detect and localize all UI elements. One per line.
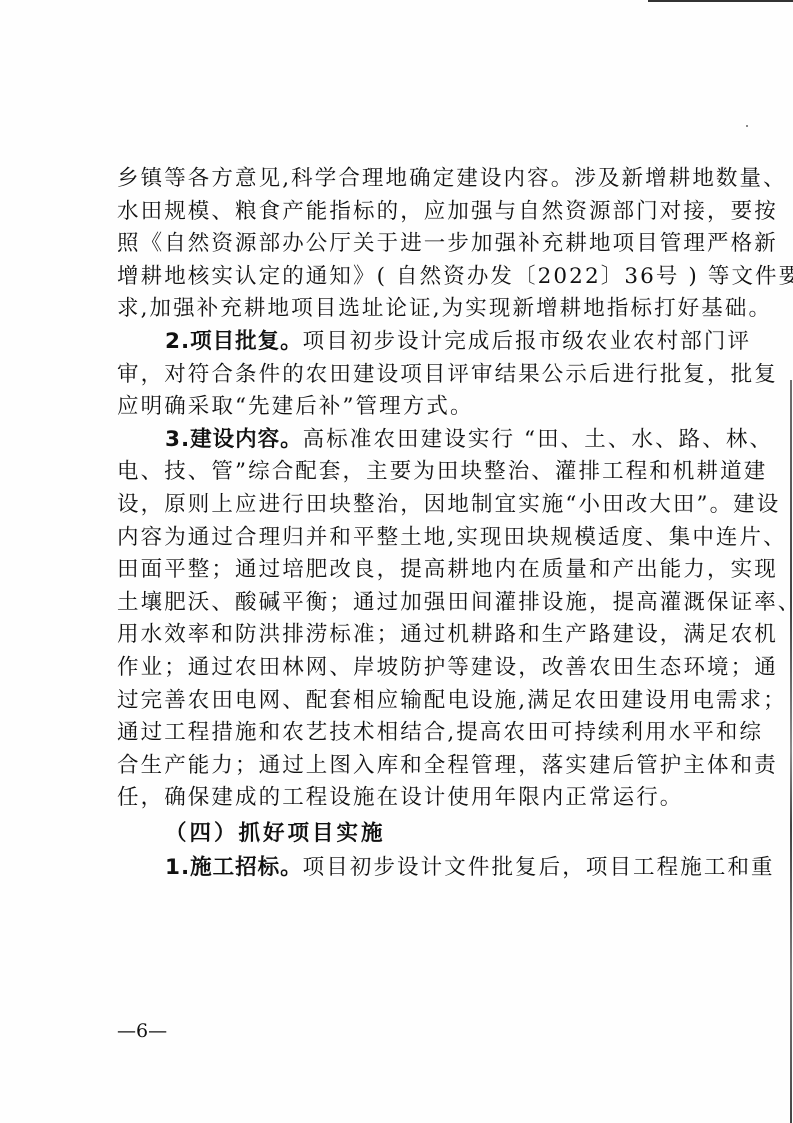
text-line: 增耕地核实认定的通知》( 自然资办发〔2022〕36号 ) 等文件要 xyxy=(117,261,707,294)
text-line: 乡镇等各方意见,科学合理地确定建设内容。涉及新增耕地数量、 xyxy=(117,163,707,196)
text-line: 3.建设内容。高标准农田建设实行 “田、土、水、路、林、 xyxy=(117,424,707,457)
text-line: 田面平整；通过培肥改良，提高耕地内在质量和产出能力，实现 xyxy=(117,554,707,587)
text-line: 水田规模、粮食产能指标的，应加强与自然资源部门对接，要按 xyxy=(117,196,707,229)
paragraph-heading: 3.建设内容。 xyxy=(165,427,303,452)
document-body: 乡镇等各方意见,科学合理地确定建设内容。涉及新增耕地数量、 水田规模、粮食产能指… xyxy=(117,163,707,884)
scan-edge-artifact-right xyxy=(790,380,792,1123)
paragraph-text: 项目初步设计完成后报市级农业农村部门评 xyxy=(303,329,751,354)
text-line: 审，对符合条件的农田建设项目评审结果公示后进行批复，批复 xyxy=(117,359,707,392)
paragraph-heading: 2.项目批复。 xyxy=(165,329,303,354)
text-line: 1.施工招标。项目初步设计文件批复后，项目工程施工和重 xyxy=(117,852,707,885)
paragraph-heading: 1.施工招标。 xyxy=(165,855,303,880)
text-line: 应明确采取“先建后补”管理方式。 xyxy=(117,391,707,424)
paragraph-construction-bidding: 1.施工招标。项目初步设计文件批复后，项目工程施工和重 xyxy=(117,852,707,885)
text-line: 内容为通过合理归并和平整土地,实现田块规模适度、集中连片、 xyxy=(117,522,707,555)
paragraph-text: 高标准农田建设实行 “田、土、水、路、林、 xyxy=(303,427,773,452)
page-number: —6— xyxy=(117,1020,167,1042)
text-line: 2.项目批复。项目初步设计完成后报市级农业农村部门评 xyxy=(117,326,707,359)
scan-speck xyxy=(746,125,748,127)
text-line: 任，确保建成的工程设施在设计使用年限内正常运行。 xyxy=(117,782,707,815)
text-line: 作业；通过农田林网、岸坡防护等建设，改善农田生态环境；通 xyxy=(117,652,707,685)
paragraph-text: 项目初步设计文件批复后，项目工程施工和重 xyxy=(303,855,775,880)
paragraph-project-approval: 2.项目批复。项目初步设计完成后报市级农业农村部门评 审，对符合条件的农田建设项… xyxy=(117,326,707,424)
text-line: 土壤肥沃、酸碱平衡；通过加强田间灌排设施，提高灌溉保证率、 xyxy=(117,587,707,620)
text-line: 通过工程措施和农艺技术相结合,提高农田可持续利用水平和综 xyxy=(117,717,707,750)
text-line: 照《自然资源部办公厅关于进一步加强补充耕地项目管理严格新 xyxy=(117,228,707,261)
document-page: 乡镇等各方意见,科学合理地确定建设内容。涉及新增耕地数量、 水田规模、粮食产能指… xyxy=(0,0,793,1123)
text-line: 求,加强补充耕地项目选址论证,为实现新增耕地指标打好基础。 xyxy=(117,293,707,326)
text-line: 用水效率和防洪排涝标准；通过机耕路和生产路建设，满足农机 xyxy=(117,619,707,652)
text-line: 过完善农田电网、配套相应输配电设施,满足农田建设用电需求； xyxy=(117,685,707,718)
section-heading: （四）抓好项目实施 xyxy=(117,815,707,852)
text-line: 合生产能力；通过上图入库和全程管理，落实建后管护主体和责 xyxy=(117,750,707,783)
text-line: 设，原则上应进行田块整治，因地制宜实施“小田改大田”。建设 xyxy=(117,489,707,522)
text-line: 电、技、管”综合配套，主要为田块整治、灌排工程和机耕道建 xyxy=(117,456,707,489)
paragraph-continuation: 乡镇等各方意见,科学合理地确定建设内容。涉及新增耕地数量、 水田规模、粮食产能指… xyxy=(117,163,707,326)
paragraph-construction-content: 3.建设内容。高标准农田建设实行 “田、土、水、路、林、 电、技、管”综合配套，… xyxy=(117,424,707,815)
scan-edge-artifact-top xyxy=(648,0,793,2)
